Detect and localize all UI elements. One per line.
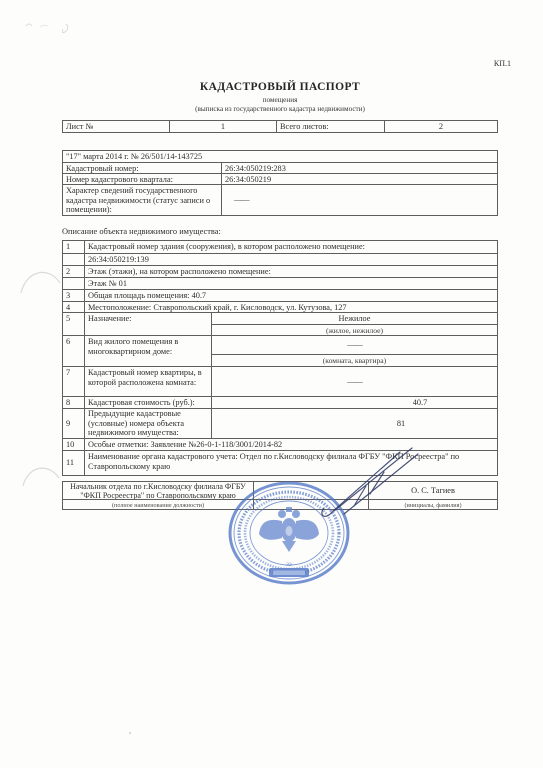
cadastral-passport-page: КП.1 КАДАСТРОВЫЙ ПАСПОРТ помещения (выпи… <box>0 0 543 768</box>
doc-subtitle: помещения <box>62 96 498 104</box>
table-row: Этаж № 01 <box>63 277 497 289</box>
stamp-number: 32 <box>286 562 292 568</box>
row-number: 3 <box>63 290 84 301</box>
row-number <box>63 278 84 289</box>
table-row: 1 Кадастровый номер здания (сооружения),… <box>63 241 497 253</box>
table-row: 5 Назначение: Нежилое (жилое, нежилое) <box>63 312 497 335</box>
info-row-value: 26:34:050219:283 <box>221 163 497 173</box>
info-row-label: Характер сведений государственного кадас… <box>63 185 221 215</box>
row-value: 81 <box>211 409 497 438</box>
pencil-marks <box>22 18 92 38</box>
total-sheets-value: 2 <box>384 121 497 132</box>
section-title: Описание объекта недвижимого имущества: <box>62 227 221 236</box>
table-row: 9 Предыдущие кадастровые (условные) номе… <box>63 408 497 438</box>
row-number: 10 <box>63 439 84 450</box>
value-caption: (комната, квартира) <box>212 354 497 366</box>
row-number: 7 <box>63 367 84 396</box>
row-label: Кадастровая стоимость (руб.): <box>84 397 211 408</box>
row-number: 8 <box>63 397 84 408</box>
row-value: 26:34:050219:139 <box>84 254 497 265</box>
row-number: 9 <box>63 409 84 438</box>
page-code: КП.1 <box>494 59 511 68</box>
table-row: 3 Общая площадь помещения: 40.7 <box>63 289 497 301</box>
sheet-number: 1 <box>169 121 276 132</box>
row-value: —— <box>212 336 497 354</box>
row-value-cell: —— (комната, квартира) <box>211 336 497 366</box>
date-line: "17" марта 2014 г. № 26/501/14-143725 <box>63 151 497 162</box>
total-sheets-label: Всего листов: <box>276 121 384 132</box>
info-row-value: —— <box>221 185 497 215</box>
row-value: Этаж № 01 <box>84 278 497 289</box>
row-label: Кадастровый номер квартиры, в которой ра… <box>84 367 211 396</box>
sheet-label: Лист № <box>63 121 169 132</box>
value-caption: (жилое, нежилое) <box>212 324 497 335</box>
table-row: 7 Кадастровый номер квартиры, в которой … <box>63 366 497 396</box>
row-number: 5 <box>63 313 84 335</box>
table-row: 4 Местоположение: Ставропольский край, г… <box>63 301 497 312</box>
row-value-cell: Нежилое (жилое, нежилое) <box>211 313 497 335</box>
row-number: 11 <box>63 451 84 475</box>
row-value: Нежилое <box>212 313 497 324</box>
row-value: —— <box>211 367 497 396</box>
row-number: 2 <box>63 266 84 277</box>
info-row-label: Кадастровый номер: <box>63 163 221 173</box>
position-caption: (полное наименование должности) <box>63 500 253 509</box>
doc-title: КАДАСТРОВЫЙ ПАСПОРТ <box>62 81 498 93</box>
row-number: 6 <box>63 336 84 366</box>
table-row: 2 Этаж (этажи), на котором расположено п… <box>63 265 497 277</box>
info-table: "17" марта 2014 г. № 26/501/14-143725 Ка… <box>62 150 498 216</box>
position-line2: "ФКП Росреестра" по Ставропольскому краю <box>80 491 236 499</box>
row-number <box>63 254 84 265</box>
info-row-label: Номер кадастрового квартала: <box>63 174 221 184</box>
doc-note: (выписка из государственного кадастра не… <box>62 105 498 113</box>
table-row: 26:34:050219:139 <box>63 253 497 265</box>
table-row: 6 Вид жилого помещения в многоквартирном… <box>63 335 497 366</box>
row-text: Общая площадь помещения: 40.7 <box>84 290 497 301</box>
position-title: Начальник отдела по г.Кисловодску филиал… <box>63 482 253 499</box>
scan-artifact-arc <box>18 263 66 301</box>
row-text: Местоположение: Ставропольский край, г. … <box>84 302 497 312</box>
row-value: 40.7 <box>211 397 497 408</box>
row-number: 1 <box>63 241 84 253</box>
info-row-value: 26:34:050219 <box>221 174 497 184</box>
table-row: 8 Кадастровая стоимость (руб.): 40.7 <box>63 396 497 408</box>
scan-artifact-arc <box>20 460 64 492</box>
row-label: Назначение: <box>84 313 211 335</box>
row-label: Вид жилого помещения в многоквартирном д… <box>84 336 211 366</box>
scan-speck <box>129 732 131 734</box>
row-label: Кадастровый номер здания (сооружения), в… <box>84 241 497 253</box>
row-number: 4 <box>63 302 84 312</box>
row-label: Этаж (этажи), на котором расположено пом… <box>84 266 497 277</box>
signature-mark <box>300 438 445 520</box>
row-label: Предыдущие кадастровые (условные) номера… <box>84 409 211 438</box>
sheet-table: Лист № 1 Всего листов: 2 <box>62 120 498 133</box>
